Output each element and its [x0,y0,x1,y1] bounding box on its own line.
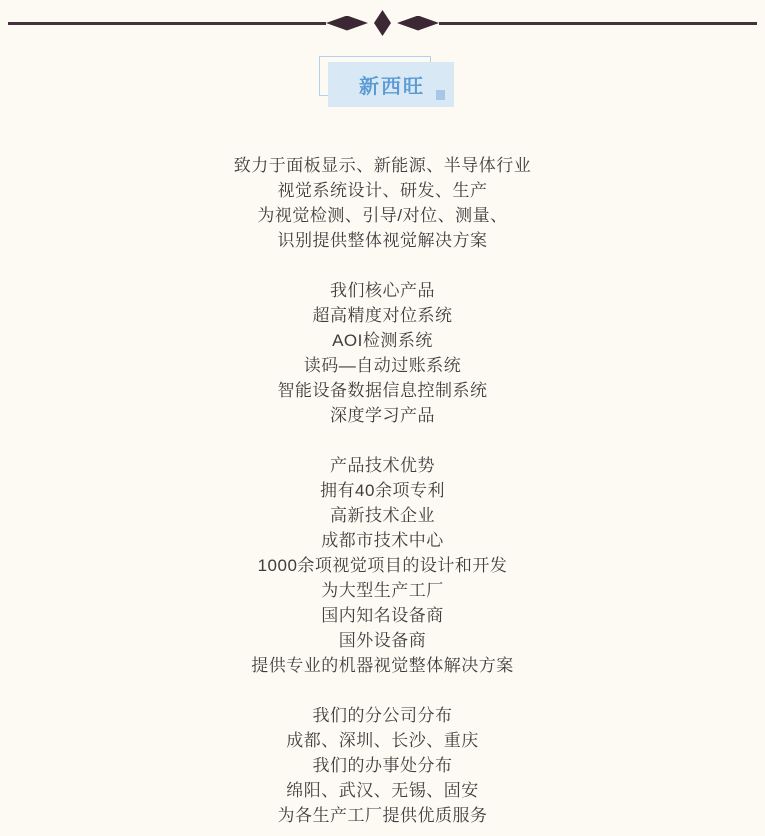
text-line: 致力于面板显示、新能源、半导体行业 [0,153,765,178]
text-line: 我们核心产品 [0,278,765,303]
brand-badge: 新西旺 [0,56,765,116]
divider-rule-left [8,22,326,25]
text-line: 我们的办事处分布 [0,753,765,778]
text-line: 成都、深圳、长沙、重庆 [0,728,765,753]
text-line: 我们的分公司分布 [0,703,765,728]
badge-fill-box: 新西旺 [328,62,454,107]
text-line: 智能设备数据信息控制系统 [0,378,765,403]
text-line: AOI检测系统 [0,328,765,353]
article-page: 新西旺 致力于面板显示、新能源、半导体行业视觉系统设计、研发、生产为视觉检测、引… [0,0,765,836]
badge-corner-square [436,90,445,100]
article-body: 致力于面板显示、新能源、半导体行业视觉系统设计、研发、生产为视觉检测、引导/对位… [0,153,765,828]
section-core-products: 我们核心产品超高精度对位系统AOI检测系统读码—自动过账系统智能设备数据信息控制… [0,278,765,428]
brand-name: 新西旺 [357,70,425,99]
section-business-intro: 致力于面板显示、新能源、半导体行业视觉系统设计、研发、生产为视觉检测、引导/对位… [0,153,765,253]
text-line: 为大型生产工厂 [0,578,765,603]
text-line: 视觉系统设计、研发、生产 [0,178,765,203]
text-line: 高新技术企业 [0,503,765,528]
text-line: 产品技术优势 [0,453,765,478]
text-line: 读码—自动过账系统 [0,353,765,378]
text-line: 国外设备商 [0,628,765,653]
text-line: 为各生产工厂提供优质服务 [0,803,765,828]
diamond-ornament-right-icon [397,16,439,31]
text-line: 识别提供整体视觉解决方案 [0,228,765,253]
diamond-ornament-center-icon [374,10,391,36]
text-line: 为视觉检测、引导/对位、测量、 [0,203,765,228]
diamond-ornament-left-icon [326,16,368,31]
section-tech-advantages: 产品技术优势拥有40余项专利高新技术企业成都市技术中心1000余项视觉项目的设计… [0,453,765,678]
ornament-divider [0,0,765,46]
text-line: 拥有40余项专利 [0,478,765,503]
text-line: 绵阳、武汉、无锡、固安 [0,778,765,803]
text-line: 深度学习产品 [0,403,765,428]
text-line: 提供专业的机器视觉整体解决方案 [0,653,765,678]
text-line: 超高精度对位系统 [0,303,765,328]
text-line: 国内知名设备商 [0,603,765,628]
text-line: 成都市技术中心 [0,528,765,553]
divider-rule-right [439,22,757,25]
text-line: 1000余项视觉项目的设计和开发 [0,553,765,578]
section-locations: 我们的分公司分布成都、深圳、长沙、重庆我们的办事处分布绵阳、武汉、无锡、固安为各… [0,703,765,828]
